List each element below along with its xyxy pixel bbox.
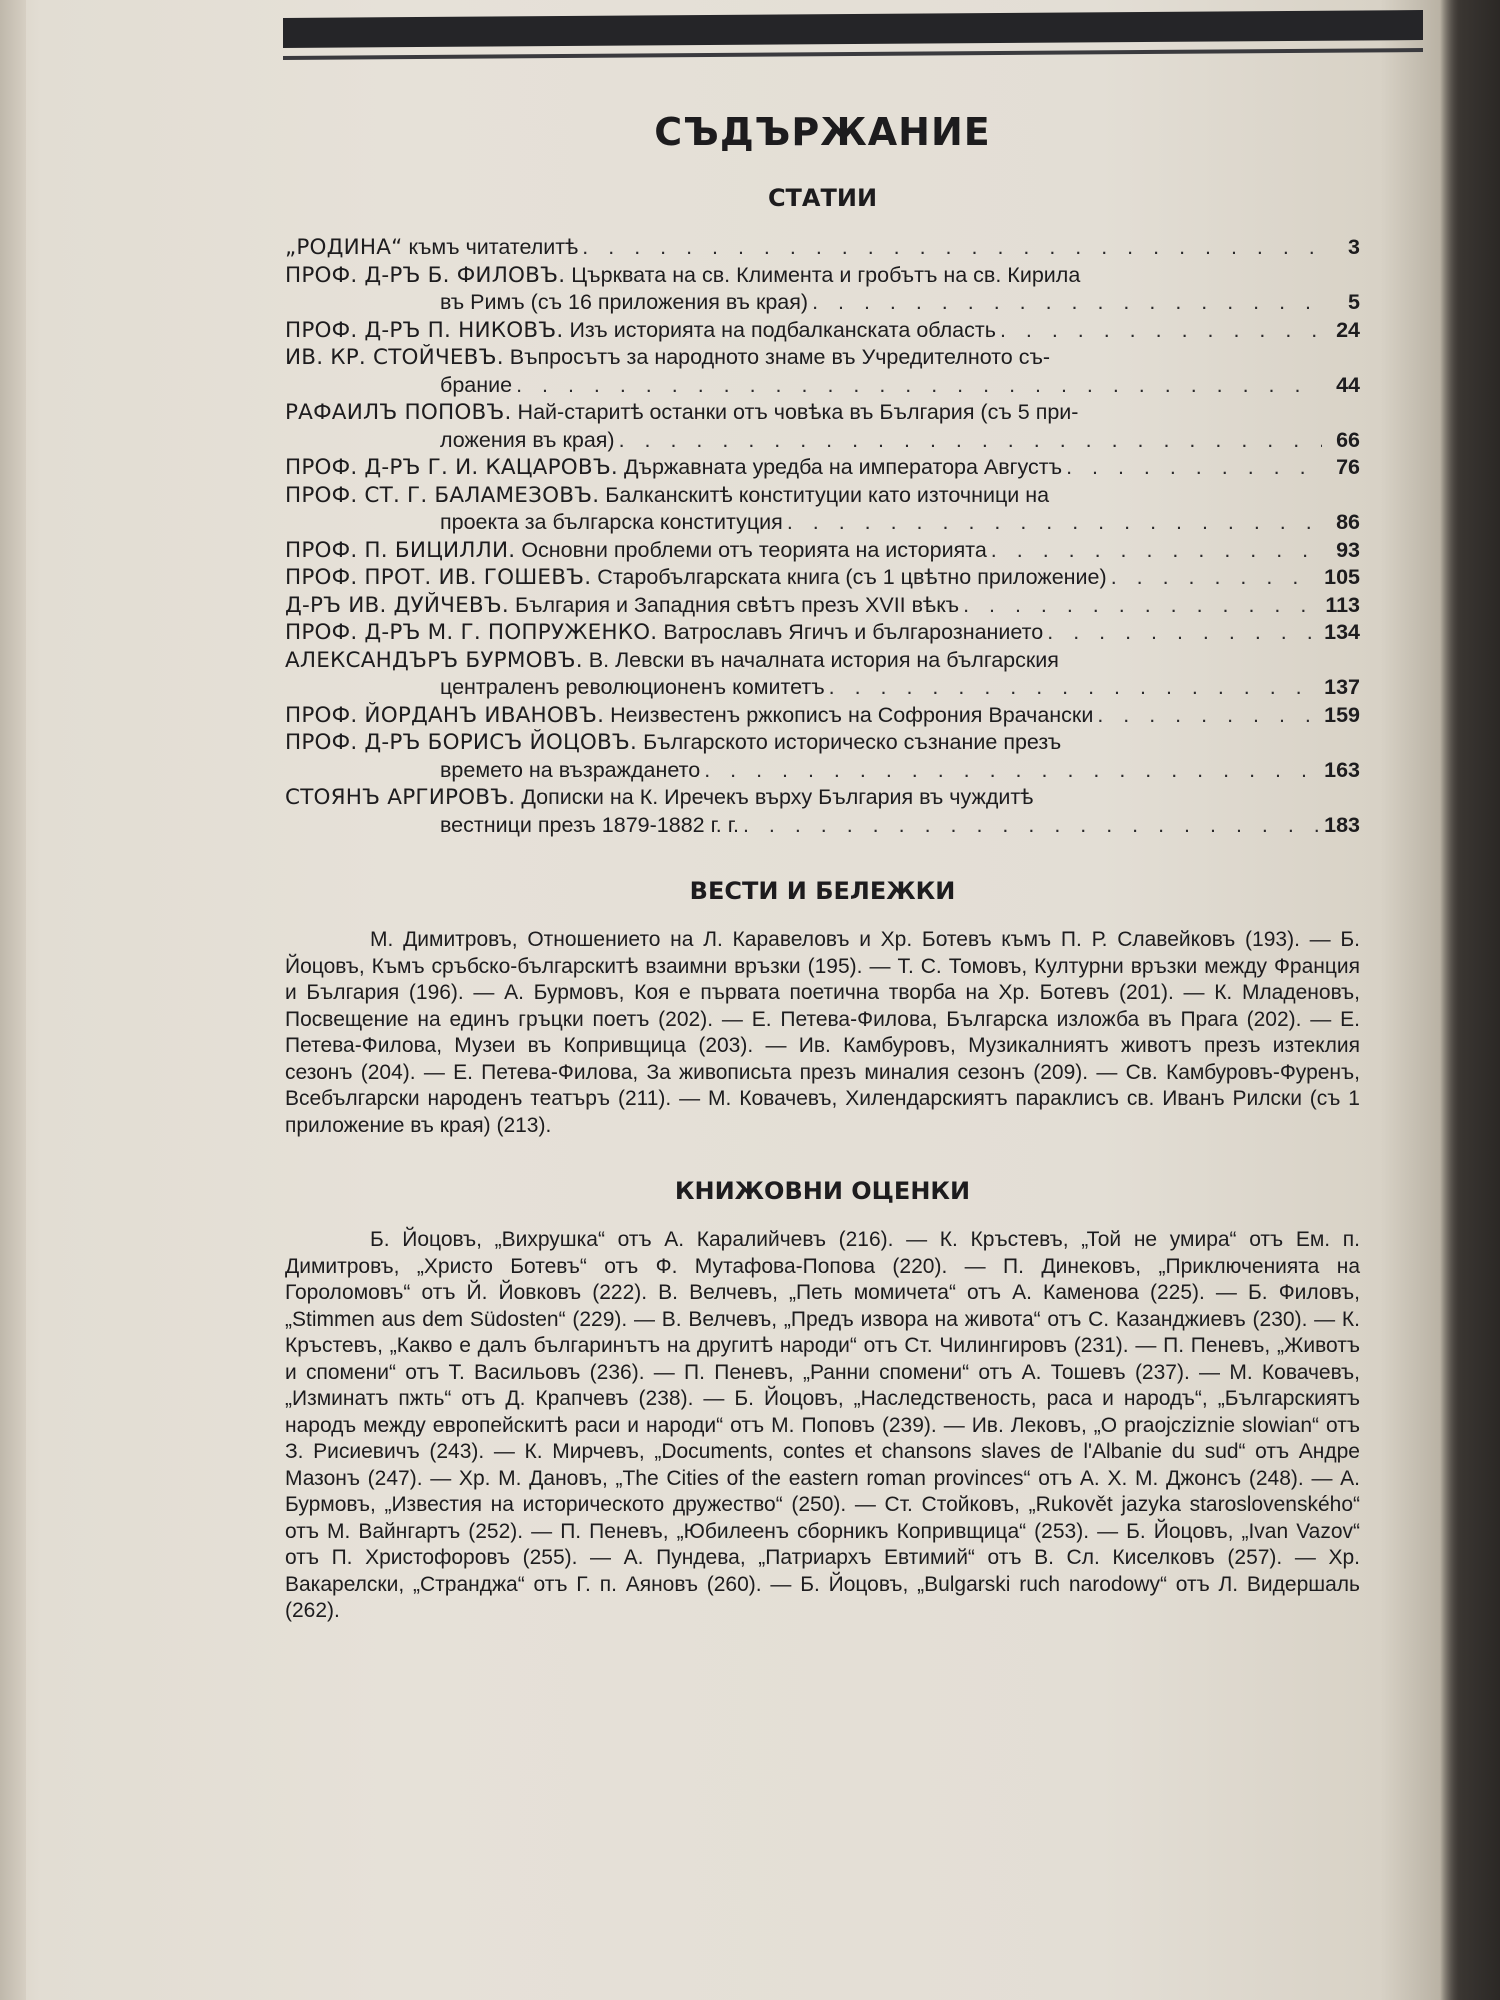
toc-title-continuation: брание (440, 372, 512, 400)
toc-entry: РАФАИЛЪ ПОПОВЪ.Най-старитѣ останки отъ ч… (285, 399, 1360, 454)
toc-page-number: 134 (1324, 619, 1360, 647)
dot-leader (812, 289, 1322, 317)
toc-title: Балканскитѣ конституции като източници н… (605, 482, 1049, 510)
toc-entry: ИВ. КР. СТОЙЧЕВЪ.Въпросътъ за народното … (285, 344, 1360, 399)
reviews-section: КНИЖОВНИ ОЦЕНКИ Б. Йоцовъ, „Вихрушка“ от… (285, 1177, 1360, 1625)
toc-author: ПРОФ. Д-РЪ М. Г. ПОПРУЖЕНКО. (285, 619, 657, 647)
dot-leader (743, 812, 1320, 840)
toc-author: ПРОФ. ПРОТ. ИВ. ГОШЕВЪ. (285, 564, 591, 592)
toc-author: ПРОФ. Д-РЪ Г. И. КАЦАРОВЪ. (285, 454, 618, 482)
toc-entry: ПРОФ. Д-РЪ Г. И. КАЦАРОВЪ.Държавната уре… (285, 454, 1360, 482)
toc-author: ПРОФ. Д-РЪ БОРИСЪ ЙОЦОВЪ. (285, 729, 637, 757)
toc-title-continuation: централенъ революционенъ комитетъ (440, 674, 825, 702)
toc-author: ПРОФ. ЙОРДАНЪ ИВАНОВЪ. (285, 702, 604, 730)
toc-page-number: 66 (1326, 427, 1360, 455)
toc-entry: АЛЕКСАНДЪРЪ БУРМОВЪ.В. Левски въ начална… (285, 647, 1360, 702)
toc-author: ИВ. КР. СТОЙЧЕВЪ. (285, 344, 504, 372)
toc-page-number: 137 (1324, 674, 1360, 702)
toc-title: Ватрославъ Ягичъ и българознанието (663, 619, 1043, 647)
toc-entry: ПРОФ. СТ. Г. БАЛАМЕЗОВЪ.Балканскитѣ конс… (285, 482, 1360, 537)
toc-entry: ПРОФ. ЙОРДАНЪ ИВАНОВЪ.Неизвестенъ ржкопи… (285, 702, 1360, 730)
dot-leader (829, 674, 1320, 702)
toc-title: Въпросътъ за народното знаме въ Учредите… (510, 344, 1050, 372)
toc-title-continuation: вестници презъ 1879-1882 г. г. (440, 812, 739, 840)
section-heading-reviews: КНИЖОВНИ ОЦЕНКИ (285, 1177, 1360, 1205)
toc-page-number: 163 (1324, 757, 1360, 785)
dot-leader (704, 757, 1320, 785)
toc-entry: „РОДИНА“къмъ читателитѣ3 (285, 234, 1360, 262)
dot-leader (1066, 454, 1322, 482)
dot-leader (1000, 317, 1322, 345)
dot-leader (619, 427, 1322, 455)
toc-author: ПРОФ. СТ. Г. БАЛАМЕЗОВЪ. (285, 482, 599, 510)
toc-page-number: 86 (1326, 509, 1360, 537)
page-title: СЪДЪРЖАНИЕ (285, 110, 1360, 154)
header-ornament-rule (283, 48, 1423, 60)
toc-title-continuation: ложения въ края) (440, 427, 615, 455)
toc-title: къмъ читателитѣ (409, 234, 579, 262)
toc-entry: СТОЯНЪ АРГИРОВЪ.Дописки на К. Иречекъ въ… (285, 784, 1360, 839)
news-paragraph: М. Димитровъ, Отношението на Л. Каравело… (285, 927, 1360, 1139)
toc-page-number: 113 (1325, 592, 1360, 620)
toc-title: Старобългарската книга (съ 1 цвѣтно прил… (597, 564, 1106, 592)
toc-entry: ПРОФ. Д-РЪ М. Г. ПОПРУЖЕНКО.Ватрославъ Я… (285, 619, 1360, 647)
page-right-shadow (1440, 0, 1500, 2000)
toc-page-number: 76 (1326, 454, 1360, 482)
scanned-page: СЪДЪРЖАНИЕ СТАТИИ „РОДИНА“къмъ читателит… (0, 0, 1500, 2000)
toc-author: РАФАИЛЪ ПОПОВЪ. (285, 399, 512, 427)
toc-author: Д-РЪ ИВ. ДУЙЧЕВЪ. (285, 592, 509, 620)
dot-leader (1111, 564, 1320, 592)
toc-author: „РОДИНА“ (285, 234, 403, 262)
toc-page-number: 93 (1326, 537, 1360, 565)
toc-author: ПРОФ. П. БИЦИЛЛИ. (285, 537, 515, 565)
header-ornament-bar (283, 10, 1423, 48)
contents-body: СЪДЪРЖАНИЕ СТАТИИ „РОДИНА“къмъ читателит… (285, 110, 1360, 1625)
toc-author: АЛЕКСАНДЪРЪ БУРМОВЪ. (285, 647, 583, 675)
toc-title: Изъ историята на подбалканската область (569, 317, 995, 345)
toc-entry: ПРОФ. П. БИЦИЛЛИ.Основни проблеми отъ те… (285, 537, 1360, 565)
articles-list: „РОДИНА“къмъ читателитѣ3ПРОФ. Д-РЪ Б. ФИ… (285, 234, 1360, 839)
toc-author: ПРОФ. Д-РЪ П. НИКОВЪ. (285, 317, 563, 345)
toc-title: Неизвестенъ ржкописъ на Софрония Врачанс… (610, 702, 1093, 730)
toc-entry: ПРОФ. Д-РЪ Б. ФИЛОВЪ.Църквата на св. Кли… (285, 262, 1360, 317)
toc-page-number: 159 (1324, 702, 1360, 730)
dot-leader (1097, 702, 1320, 730)
page-left-edge (0, 0, 26, 2000)
dot-leader (787, 509, 1322, 537)
dot-leader (582, 234, 1322, 262)
toc-title: Най-старитѣ останки отъ човѣка въ Българ… (518, 399, 1079, 427)
dot-leader (1047, 619, 1320, 647)
toc-entry: ПРОФ. Д-РЪ БОРИСЪ ЙОЦОВЪ.Българското ист… (285, 729, 1360, 784)
toc-page-number: 183 (1324, 812, 1360, 840)
toc-page-number: 105 (1324, 564, 1360, 592)
dot-leader (516, 372, 1322, 400)
toc-title-continuation: времето на възраждането (440, 757, 700, 785)
toc-title-continuation: въ Римъ (съ 16 приложения въ края) (440, 289, 808, 317)
dot-leader (991, 537, 1322, 565)
toc-page-number: 3 (1326, 234, 1360, 262)
dot-leader (963, 592, 1321, 620)
toc-title: България и Западния свѣтъ презъ XVII вѣк… (515, 592, 959, 620)
toc-title: Основни проблеми отъ теорията на история… (521, 537, 986, 565)
news-section: ВЕСТИ И БЕЛЕЖКИ М. Димитровъ, Отношениет… (285, 877, 1360, 1139)
toc-page-number: 5 (1326, 289, 1360, 317)
toc-page-number: 24 (1326, 317, 1360, 345)
toc-title: Държавната уредба на императора Августъ (624, 454, 1062, 482)
toc-author: ПРОФ. Д-РЪ Б. ФИЛОВЪ. (285, 262, 565, 290)
toc-title: В. Левски въ началната история на българ… (589, 647, 1059, 675)
toc-entry: ПРОФ. ПРОТ. ИВ. ГОШЕВЪ.Старобългарската … (285, 564, 1360, 592)
toc-author: СТОЯНЪ АРГИРОВЪ. (285, 784, 515, 812)
toc-title: Църквата на св. Климента и гробътъ на св… (571, 262, 1080, 290)
toc-title-continuation: проекта за българска конституция (440, 509, 783, 537)
section-heading-news: ВЕСТИ И БЕЛЕЖКИ (285, 877, 1360, 905)
toc-title: Българското историческо съзнание презъ (643, 729, 1061, 757)
section-heading-articles: СТАТИИ (285, 184, 1360, 212)
toc-entry: ПРОФ. Д-РЪ П. НИКОВЪ.Изъ историята на по… (285, 317, 1360, 345)
toc-page-number: 44 (1326, 372, 1360, 400)
toc-title: Дописки на К. Иречекъ върху България въ … (521, 784, 1033, 812)
reviews-paragraph: Б. Йоцовъ, „Вихрушка“ отъ А. Каралийчевъ… (285, 1227, 1360, 1625)
toc-entry: Д-РЪ ИВ. ДУЙЧЕВЪ.България и Западния свѣ… (285, 592, 1360, 620)
